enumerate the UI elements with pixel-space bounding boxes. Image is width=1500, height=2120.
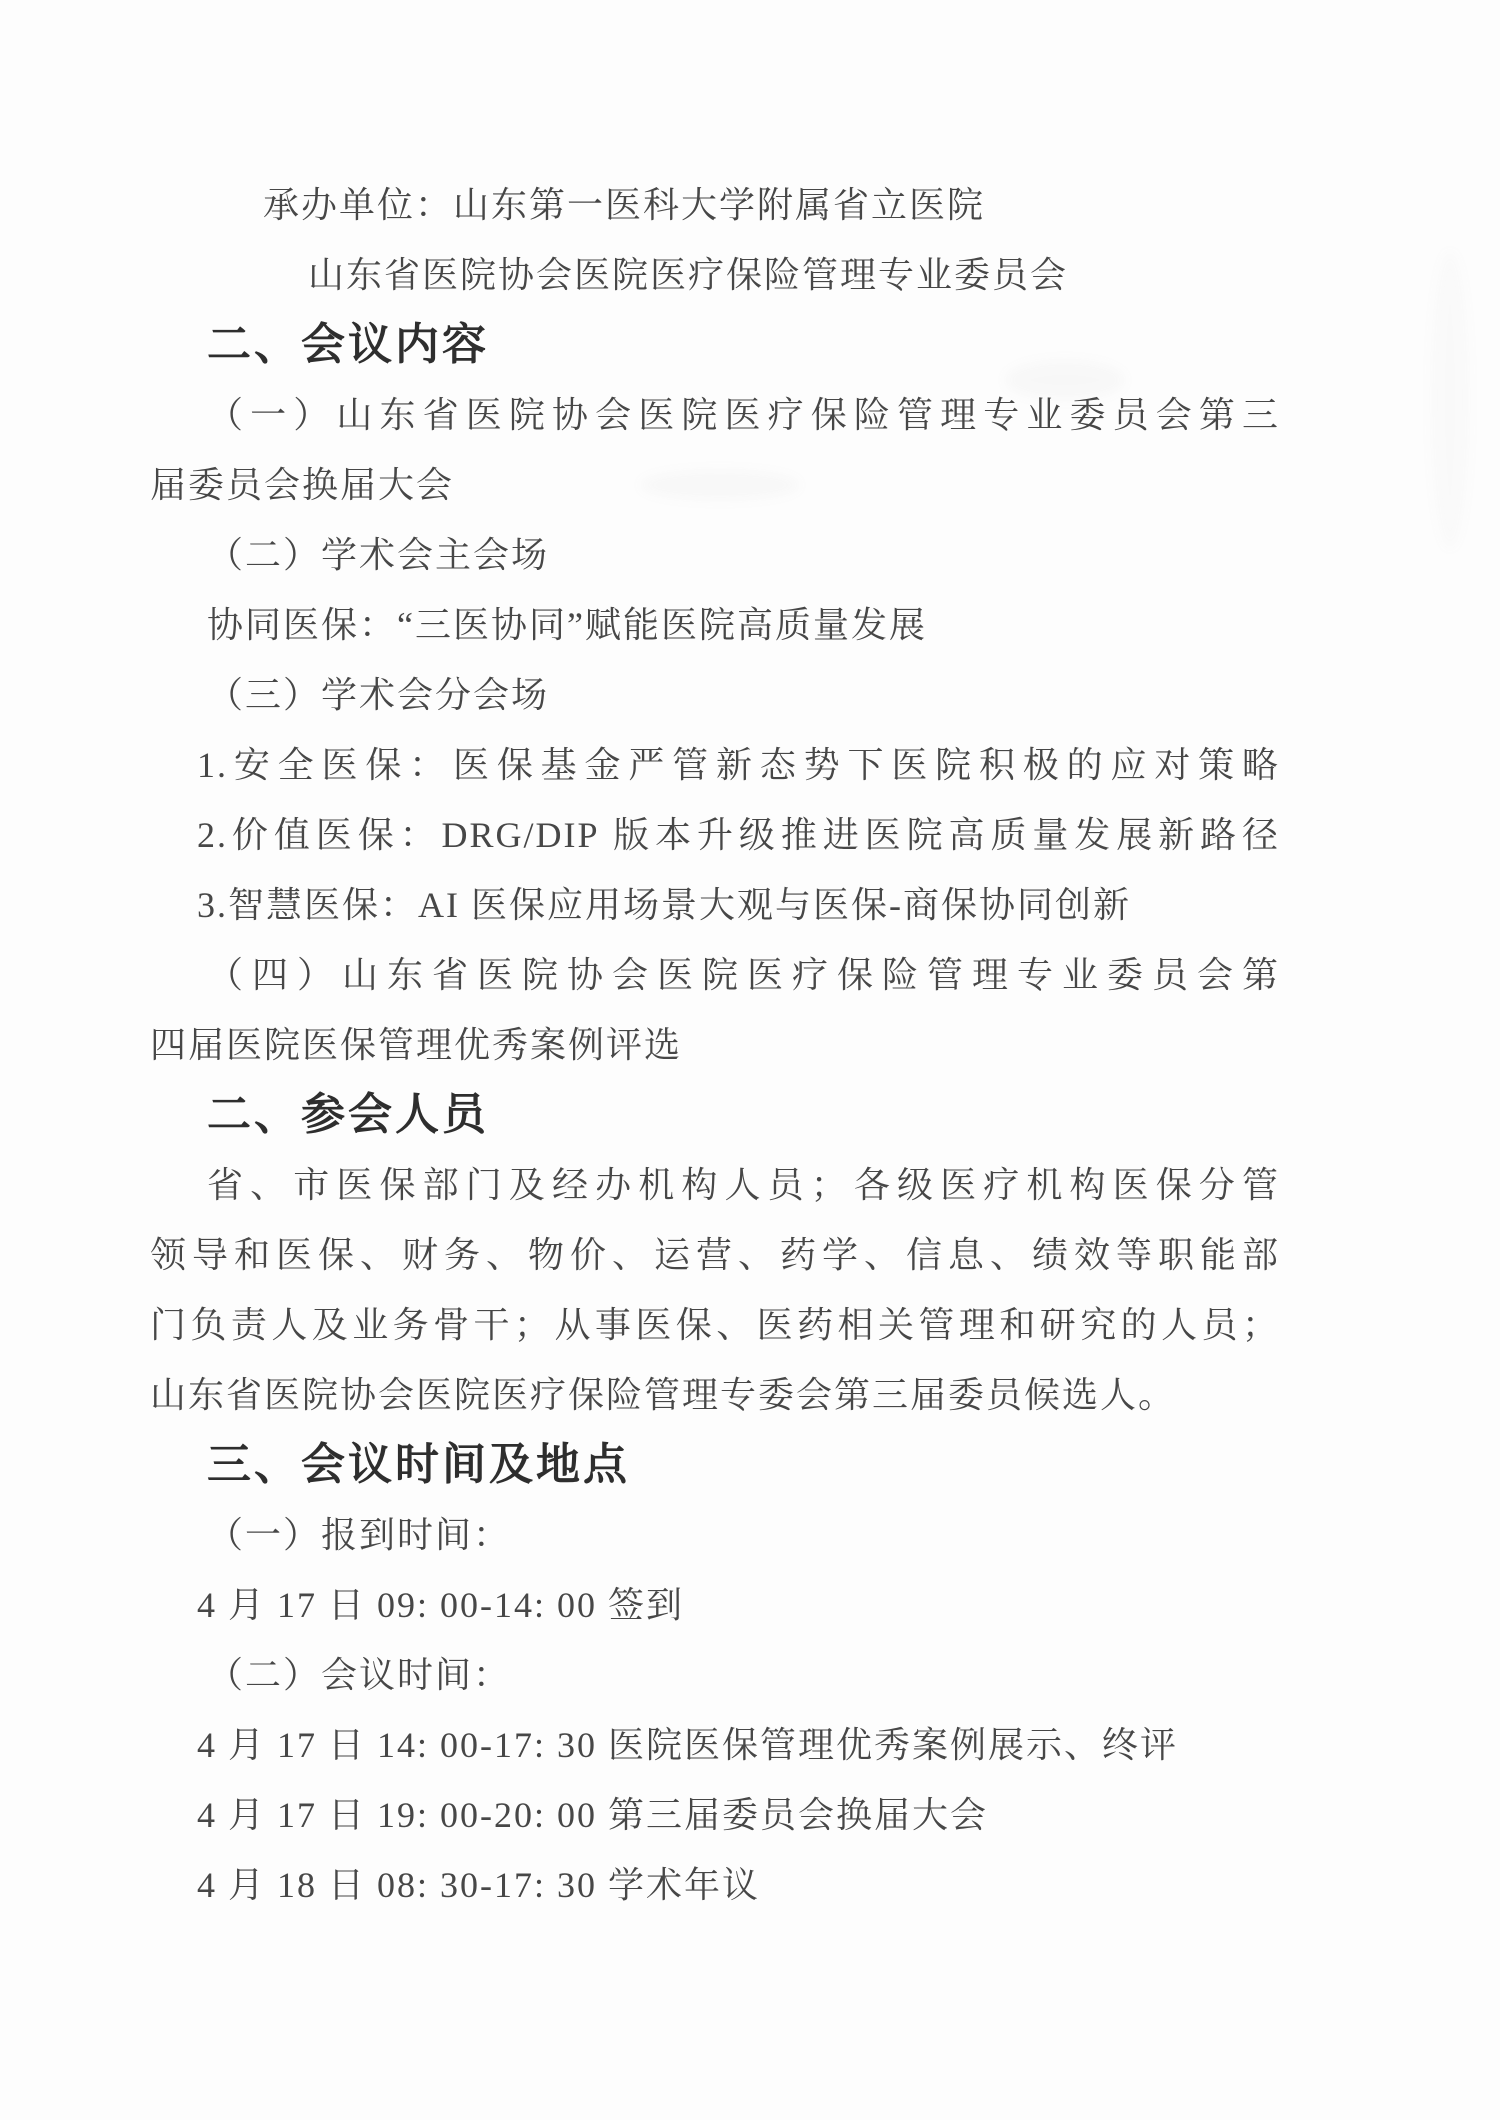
line-organizer-2: 山东省医院协会医院医疗保险管理专业委员会: [150, 240, 1280, 310]
line-sub-venue-1: 1.安全医保：医保基金严管新态势下医院积极的应对策略: [150, 730, 1280, 800]
line-main-venue-theme: 协同医保：“三医协同”赋能医院高质量发展: [150, 590, 1280, 660]
line-sub-venue-2: 2.价值医保：DRG/DIP 版本升级推进医院高质量发展新路径: [150, 800, 1280, 870]
document-text-block: 承办单位：山东第一医科大学附属省立医院 山东省医院协会医院医疗保险管理专业委员会…: [150, 170, 1280, 1920]
line-schedule-academic: 4 月 18 日 08: 30-17: 30 学术年议: [150, 1850, 1280, 1920]
line-sub-venue-3: 3.智慧医保：AI 医保应用场景大观与医保-商保协同创新: [150, 870, 1280, 940]
line-item4-part1: （四）山东省医院协会医院医疗保险管理专业委员会第: [150, 940, 1280, 1010]
line-participants-3: 门负责人及业务骨干；从事医保、医药相关管理和研究的人员；: [150, 1290, 1280, 1360]
line-item3-sub-venues: （三）学术会分会场: [150, 660, 1280, 730]
line-organizer-1: 承办单位：山东第一医科大学附属省立医院: [150, 170, 1280, 240]
line-schedule-case-review: 4 月 17 日 14: 00-17: 30 医院医保管理优秀案例展示、终评: [150, 1710, 1280, 1780]
line-checkin-time: 4 月 17 日 09: 00-14: 00 签到: [150, 1570, 1280, 1640]
line-item2-main-venue: （二）学术会主会场: [150, 520, 1280, 590]
scanned-document-page: 承办单位：山东第一医科大学附属省立医院 山东省医院协会医院医疗保险管理专业委员会…: [0, 0, 1500, 2120]
line-participants-4: 山东省医院协会医院医疗保险管理专委会第三届委员候选人。: [150, 1360, 1280, 1430]
line-participants-2: 领导和医保、财务、物价、运营、药学、信息、绩效等职能部: [150, 1220, 1280, 1290]
heading-meeting-content: 二、会议内容: [150, 310, 1280, 380]
heading-time-location: 三、会议时间及地点: [150, 1430, 1280, 1500]
line-schedule-election: 4 月 17 日 19: 00-20: 00 第三届委员会换届大会: [150, 1780, 1280, 1850]
scan-artifact: [1430, 250, 1470, 550]
line-meeting-time-label: （二）会议时间：: [150, 1640, 1280, 1710]
line-item1-part2: 届委员会换届大会: [150, 450, 1280, 520]
line-participants-1: 省、市医保部门及经办机构人员；各级医疗机构医保分管: [150, 1150, 1280, 1220]
line-checkin-label: （一）报到时间：: [150, 1500, 1280, 1570]
line-item4-part2: 四届医院医保管理优秀案例评选: [150, 1010, 1280, 1080]
line-item1-part1: （一）山东省医院协会医院医疗保险管理专业委员会第三: [150, 380, 1280, 450]
heading-participants: 二、参会人员: [150, 1080, 1280, 1150]
